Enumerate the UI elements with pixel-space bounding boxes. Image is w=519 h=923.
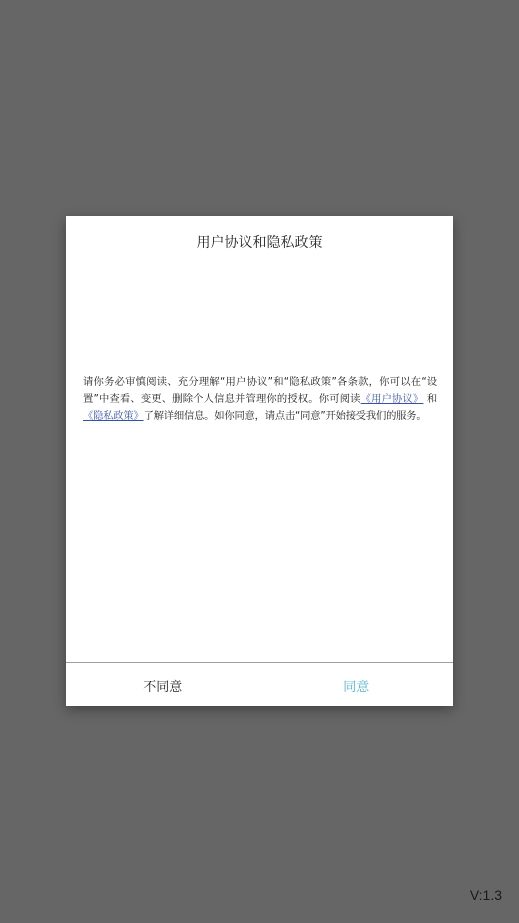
privacy-dialog: 用户协议和隐私政策 请你务必审慎阅读、充分理解“用户协议”和“隐私政策”各条款，…	[66, 216, 453, 706]
dialog-button-row: 不同意 同意	[66, 663, 453, 706]
body-text-and: 和	[427, 393, 437, 405]
disagree-button[interactable]: 不同意	[66, 663, 260, 706]
dialog-body: 请你务必审慎阅读、充分理解“用户协议”和“隐私政策”各条款，你可以在“设置”中查…	[83, 374, 437, 426]
agree-button[interactable]: 同意	[260, 663, 454, 706]
user-agreement-link[interactable]: 《用户协议》	[361, 393, 424, 405]
dialog-title: 用户协议和隐私政策	[66, 233, 453, 253]
privacy-policy-link[interactable]: 《隐私政策》	[83, 410, 144, 422]
version-label: V:1.3	[470, 887, 502, 903]
body-text-part2: 了解详细信息。如你同意，请点击“同意”开始接受我们的服务。	[144, 410, 427, 422]
